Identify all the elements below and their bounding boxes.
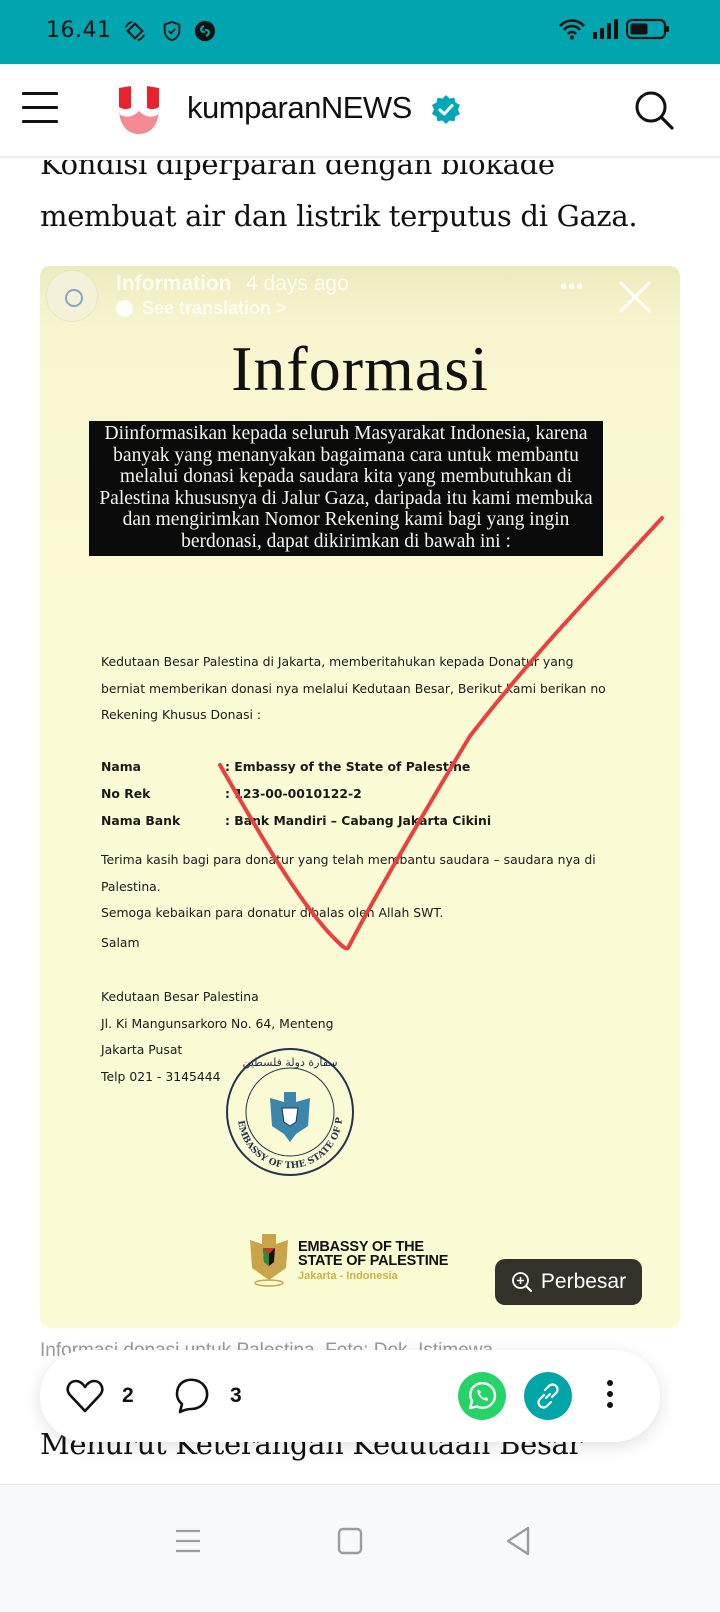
shield-check-icon — [161, 20, 183, 42]
copy-link-button[interactable] — [524, 1372, 572, 1420]
story-header: Information 4 days ago See translation >… — [40, 266, 680, 332]
field-row: Nama Bank: Bank Mandiri – Cabang Jakarta… — [101, 807, 491, 834]
embassy-seal-icon: سفارة دولة فلسطين EMBASSY OF THE STATE O… — [224, 1046, 356, 1178]
bank-details: Nama: Embassy of the State of Palestine … — [101, 753, 491, 834]
system-nav-bar — [0, 1484, 720, 1612]
embassy-logo-subtitle: Jakarta - Indonesia — [298, 1270, 398, 1282]
story-username: Information — [116, 272, 232, 296]
embassy-logo-text: EMBASSY OF THE STATE OF PALESTINE — [298, 1240, 448, 1268]
more-options-button[interactable] — [602, 1380, 618, 1412]
whatsapp-share-button[interactable] — [458, 1372, 506, 1420]
battery-icon — [626, 18, 670, 40]
svg-text:سفارة دولة فلسطين: سفارة دولة فلسطين — [242, 1056, 337, 1069]
shazam-icon — [194, 20, 216, 42]
verified-badge-icon — [430, 94, 462, 126]
brand-name[interactable]: kumparanNEWS — [187, 90, 412, 126]
document-paragraph: Kedutaan Besar Palestina di Jakarta, mem… — [101, 649, 621, 729]
palestine-emblem-icon — [246, 1226, 292, 1288]
menu-button[interactable] — [22, 92, 58, 126]
status-bar: 16.41 — [0, 0, 720, 64]
document-notice: Diinformasikan kepada seluruh Masyarakat… — [89, 421, 603, 556]
kebab-icon — [607, 1380, 613, 1386]
field-row: Nama: Embassy of the State of Palestine — [101, 753, 491, 780]
story-avatar — [46, 270, 98, 322]
search-icon[interactable] — [632, 88, 676, 132]
story-time: 4 days ago — [246, 272, 349, 296]
action-bar: 2 3 — [40, 1350, 660, 1442]
status-time: 16.41 — [46, 18, 111, 43]
kumparan-logo-icon[interactable] — [116, 84, 162, 136]
document-title: Informasi — [40, 332, 680, 406]
recents-menu-icon[interactable] — [170, 1523, 206, 1559]
comment-count: 3 — [230, 1384, 242, 1408]
heart-icon — [66, 1378, 104, 1414]
signal-icon — [592, 18, 620, 40]
document-closing: Terima kasih bagi para donatur yang tela… — [101, 847, 641, 927]
home-square-icon[interactable] — [332, 1523, 368, 1559]
see-translation: See translation > — [116, 298, 287, 319]
link-icon — [533, 1381, 563, 1411]
document-salam: Salam — [101, 930, 140, 957]
app-header: kumparanNEWS — [0, 64, 720, 158]
comment-icon — [172, 1376, 212, 1416]
comment-button[interactable]: 3 — [172, 1350, 242, 1442]
rotate-icon — [124, 20, 146, 42]
article-image[interactable]: Information 4 days ago See translation >… — [40, 266, 680, 1328]
enlarge-label: Perbesar — [541, 1270, 626, 1294]
hamburger-icon — [22, 92, 58, 95]
zoom-in-icon — [511, 1271, 533, 1293]
enlarge-button[interactable]: Perbesar — [495, 1259, 642, 1305]
more-dots-icon: ••• — [560, 276, 584, 299]
wifi-icon — [558, 18, 586, 40]
whatsapp-icon — [465, 1379, 499, 1413]
back-triangle-icon[interactable] — [500, 1523, 536, 1559]
field-row: No Rek: 123-00-0010122-2 — [101, 780, 491, 807]
like-count: 2 — [122, 1384, 134, 1408]
close-icon — [614, 276, 656, 318]
like-button[interactable]: 2 — [66, 1350, 134, 1442]
